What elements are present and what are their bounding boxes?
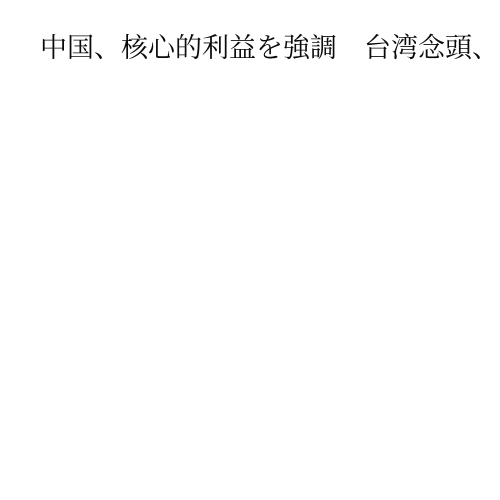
article-page: 中国、核心的利益を強調 台湾念頭、南シ [0,0,500,500]
article-headline: 中国、核心的利益を強調 台湾念頭、南シ [40,33,500,64]
